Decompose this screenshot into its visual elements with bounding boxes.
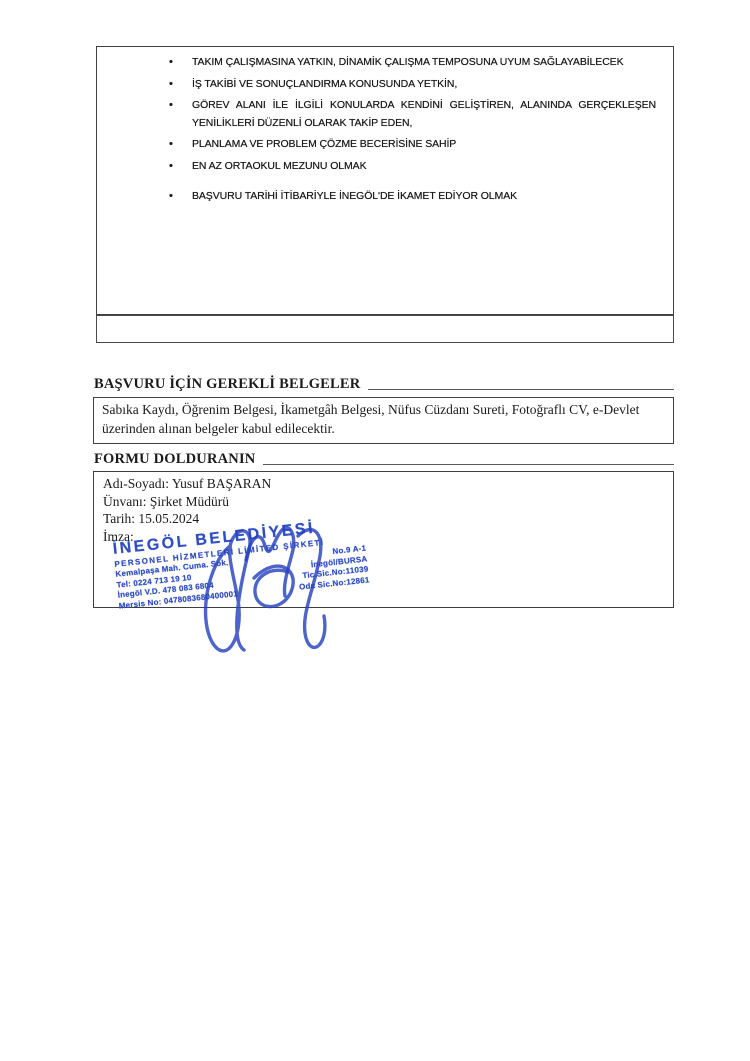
documents-body-text: Sabıka Kaydı, Öğrenim Belgesi, İkametgâh… — [102, 402, 639, 436]
field-label: Ünvanı: — [103, 494, 147, 509]
requirement-item: EN AZ ORTAOKUL MEZUNU OLMAK — [97, 158, 673, 176]
bullet-icon — [169, 188, 192, 206]
field-title: Ünvanı: Şirket Müdürü — [103, 493, 667, 511]
requirement-item: TAKIM ÇALIŞMASINA YATKIN, DİNAMİK ÇALIŞM… — [97, 54, 673, 72]
requirement-item: BAŞVURU TARİHİ İTİBARİYLE İNEGÖL'DE İKAM… — [97, 188, 673, 206]
requirements-box: TAKIM ÇALIŞMASINA YATKIN, DİNAMİK ÇALIŞM… — [96, 46, 674, 315]
bullet-icon — [169, 158, 192, 176]
signature — [186, 512, 361, 670]
field-name: Adı-Soyadı: Yusuf BAŞARAN — [103, 475, 667, 493]
requirement-text: PLANLAMA VE PROBLEM ÇÖZME BECERİSİNE SAH… — [192, 136, 673, 154]
documents-box: Sabıka Kaydı, Öğrenim Belgesi, İkametgâh… — [93, 397, 674, 444]
field-value: Yusuf BAŞARAN — [172, 476, 271, 491]
bullet-icon — [169, 76, 192, 94]
document-page: TAKIM ÇALIŞMASINA YATKIN, DİNAMİK ÇALIŞM… — [0, 0, 750, 1061]
field-label: Adı-Soyadı: — [103, 476, 169, 491]
requirement-text: EN AZ ORTAOKUL MEZUNU OLMAK — [192, 158, 673, 176]
bullet-icon — [169, 136, 192, 154]
bullet-icon — [169, 97, 192, 115]
documents-heading-text: BAŞVURU İÇİN GEREKLİ BELGELER — [94, 376, 360, 393]
filler-heading-text: FORMU DOLDURANIN — [94, 451, 255, 468]
bullet-icon — [169, 54, 192, 72]
requirement-text: İŞ TAKİBİ VE SONUÇLANDIRMA KONUSUNDA YET… — [192, 76, 673, 94]
requirement-item: İŞ TAKİBİ VE SONUÇLANDIRMA KONUSUNDA YET… — [97, 76, 673, 94]
requirement-text: BAŞVURU TARİHİ İTİBARİYLE İNEGÖL'DE İKAM… — [192, 188, 673, 206]
field-value: Şirket Müdürü — [150, 494, 229, 509]
requirement-item: PLANLAMA VE PROBLEM ÇÖZME BECERİSİNE SAH… — [97, 136, 673, 154]
field-label: Tarih: — [103, 511, 135, 526]
empty-table-row — [96, 315, 674, 343]
requirement-item: GÖREV ALANI İLE İLGİLİ KONULARDA KENDİNİ… — [97, 97, 673, 132]
requirement-text: TAKIM ÇALIŞMASINA YATKIN, DİNAMİK ÇALIŞM… — [192, 54, 673, 72]
requirement-text: GÖREV ALANI İLE İLGİLİ KONULARDA KENDİNİ… — [192, 97, 673, 132]
filler-heading: FORMU DOLDURANIN — [94, 451, 674, 468]
documents-heading: BAŞVURU İÇİN GEREKLİ BELGELER — [94, 376, 674, 393]
